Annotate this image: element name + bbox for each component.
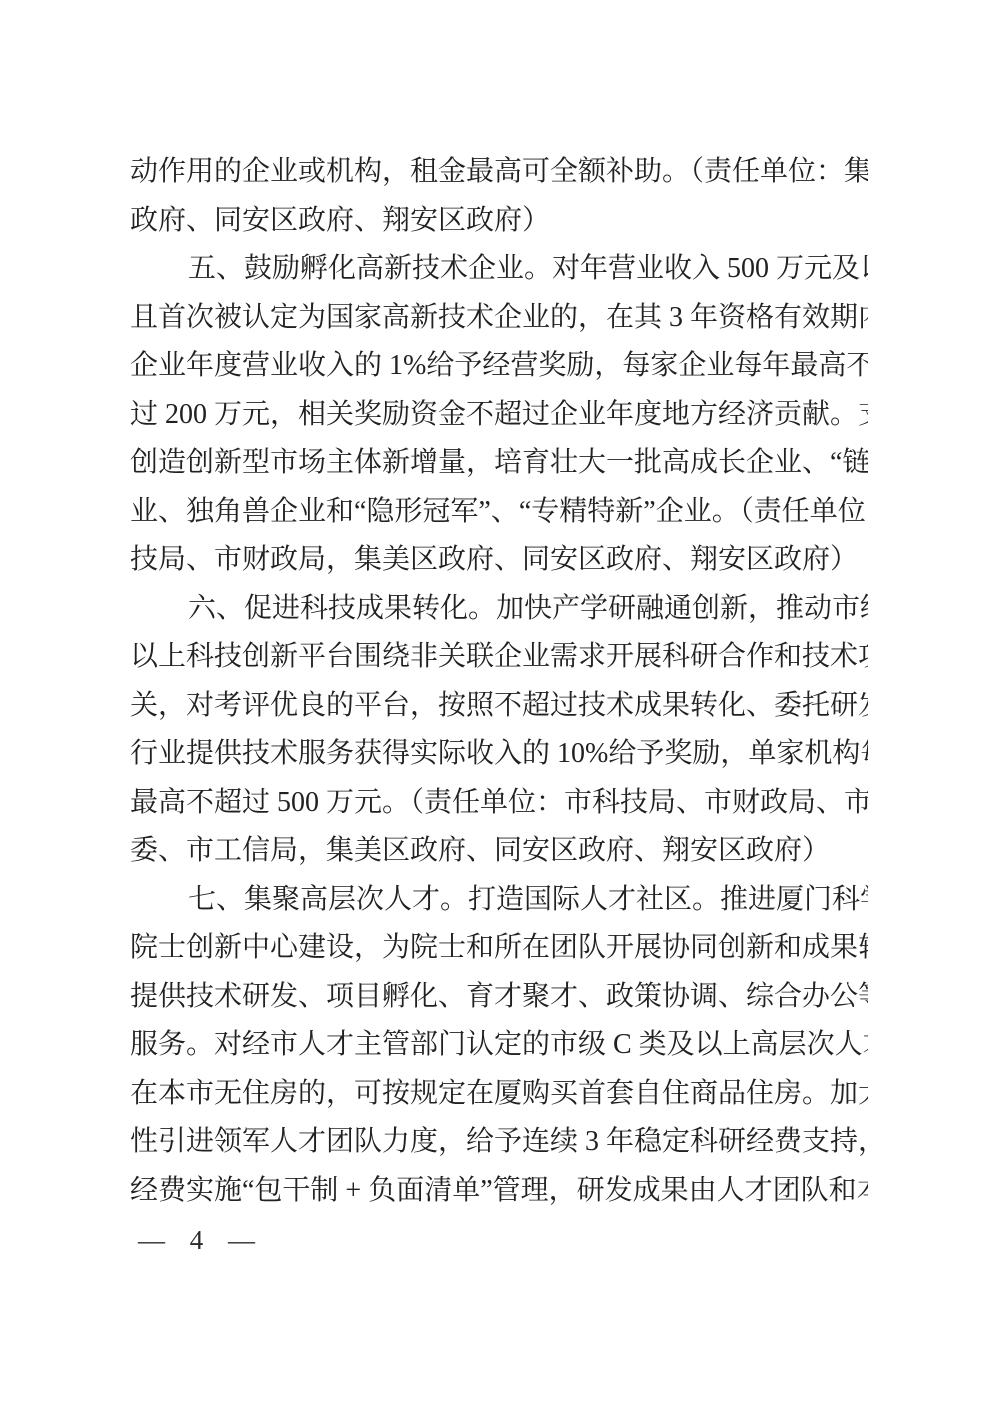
text-line: 五、鼓励孵化高新技术企业。对年营业收入 500 万元及以上 — [130, 245, 868, 294]
document-page: 动作用的企业或机构，租金最高可全额补助。（责任单位：集美区政府、同安区政府、翔安… — [0, 0, 999, 1412]
text-line: 七、集聚高层次人才。打造国际人才社区。推进厦门科学城 — [130, 876, 868, 925]
text-line: 六、促进科技成果转化。加快产学研融通创新，推动市级（含） — [130, 585, 868, 634]
text-line: 经费实施“包干制 + 负面清单”管理，研发成果由人才团队和本市 — [130, 1167, 868, 1216]
text-line: 委、市工信局，集美区政府、同安区政府、翔安区政府） — [130, 827, 868, 876]
text-line: 技局、市财政局，集美区政府、同安区政府、翔安区政府） — [130, 536, 868, 585]
paragraph: 动作用的企业或机构，租金最高可全额补助。（责任单位：集美区政府、同安区政府、翔安… — [130, 148, 868, 245]
text-line: 动作用的企业或机构，租金最高可全额补助。（责任单位：集美区 — [130, 148, 868, 197]
text-line: 最高不超过 500 万元。（责任单位：市科技局、市财政局、市发改 — [130, 779, 868, 828]
text-line: 性引进领军人才团队力度，给予连续 3 年稳定科研经费支持，相关 — [130, 1118, 868, 1167]
document-body: 动作用的企业或机构，租金最高可全额补助。（责任单位：集美区政府、同安区政府、翔安… — [130, 148, 868, 1215]
text-line: 服务。对经市人才主管部门认定的市级 C 类及以上高层次人才， — [130, 1021, 868, 1070]
paragraph: 五、鼓励孵化高新技术企业。对年营业收入 500 万元及以上且首次被认定为国家高新… — [130, 245, 868, 585]
page-number: — 4 — — [138, 1224, 264, 1256]
paragraph: 七、集聚高层次人才。打造国际人才社区。推进厦门科学城院士创新中心建设，为院士和所… — [130, 876, 868, 1216]
text-line: 过 200 万元，相关奖励资金不超过企业年度地方经济贡献。支持 — [130, 391, 868, 440]
text-line: 院士创新中心建设，为院士和所在团队开展协同创新和成果转化 — [130, 924, 868, 973]
text-line: 关，对考评优良的平台，按照不超过技术成果转化、委托研发和为 — [130, 682, 868, 731]
text-line: 业、独角兽企业和“隐形冠军”、“专精特新”企业。（责任单位：市科 — [130, 488, 868, 537]
text-line: 企业年度营业收入的 1%给予经营奖励，每家企业每年最高不超 — [130, 342, 868, 391]
text-line: 行业提供技术服务获得实际收入的 10%给予奖励，单家机构每年 — [130, 730, 868, 779]
text-line: 且首次被认定为国家高新技术企业的，在其 3 年资格有效期内，按 — [130, 294, 868, 343]
text-line: 以上科技创新平台围绕非关联企业需求开展科研合作和技术攻 — [130, 633, 868, 682]
text-line: 在本市无住房的，可按规定在厦购买首套自住商品住房。加大柔 — [130, 1070, 868, 1119]
text-line: 提供技术研发、项目孵化、育才聚才、政策协调、综合办公等一体化 — [130, 973, 868, 1022]
text-line: 政府、同安区政府、翔安区政府） — [130, 197, 868, 246]
text-line: 创造创新型市场主体新增量，培育壮大一批高成长企业、“链主”企 — [130, 439, 868, 488]
paragraph: 六、促进科技成果转化。加快产学研融通创新，推动市级（含）以上科技创新平台围绕非关… — [130, 585, 868, 876]
